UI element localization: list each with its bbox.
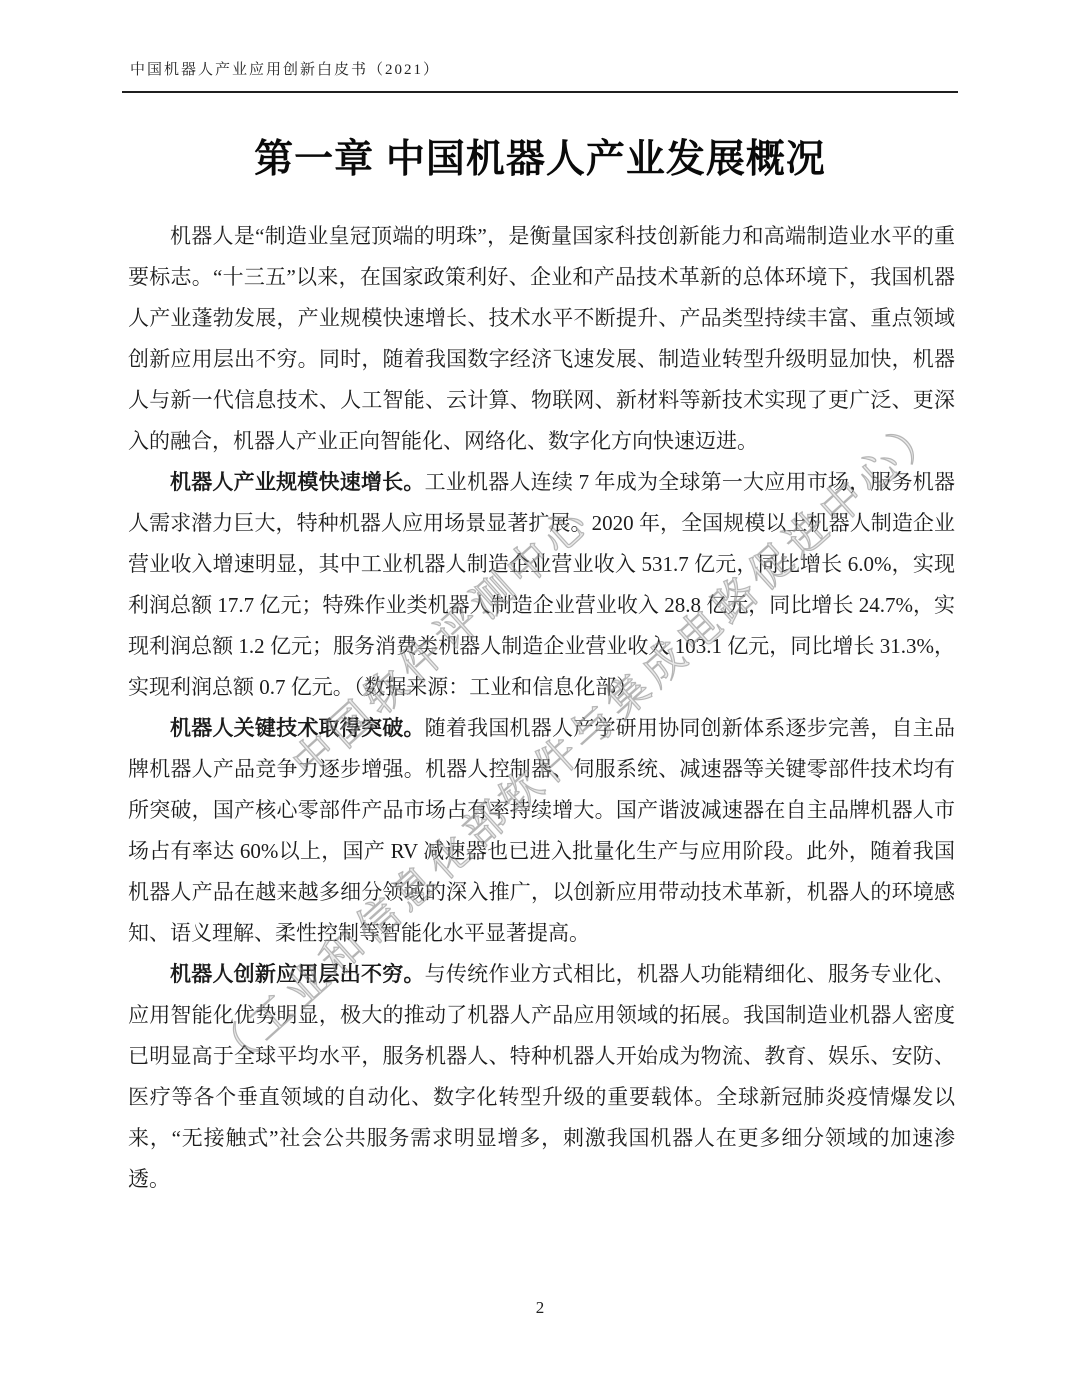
chapter-title: 第一章 中国机器人产业发展概况: [0, 128, 1080, 184]
paragraph-4-lead: 机器人创新应用层出不穷。: [170, 962, 425, 986]
paragraph-2-text: 工业机器人连续 7 年成为全球第一大应用市场，服务机器人需求潜力巨大，特种机器人…: [128, 470, 955, 699]
document-page: 中国软件评测中心 （工业和信息化部软件与集成电路促进中心） 中国机器人产业应用创…: [0, 0, 1080, 1397]
running-header: 中国机器人产业应用创新白皮书（2021）: [122, 58, 958, 93]
paragraph-1: 机器人是“制造业皇冠顶端的明珠”，是衡量国家科技创新能力和高端制造业水平的重要标…: [128, 216, 955, 462]
paragraph-2-lead: 机器人产业规模快速增长。: [170, 470, 425, 494]
page-number: 2: [0, 1298, 1080, 1318]
paragraph-2: 机器人产业规模快速增长。工业机器人连续 7 年成为全球第一大应用市场，服务机器人…: [128, 462, 955, 708]
paragraph-4: 机器人创新应用层出不穷。与传统作业方式相比，机器人功能精细化、服务专业化、应用智…: [128, 954, 955, 1200]
paragraph-3: 机器人关键技术取得突破。随着我国机器人产学研用协同创新体系逐步完善，自主品牌机器…: [128, 708, 955, 954]
paragraph-1-text: 机器人是“制造业皇冠顶端的明珠”，是衡量国家科技创新能力和高端制造业水平的重要标…: [128, 224, 955, 453]
paragraph-3-text: 随着我国机器人产学研用协同创新体系逐步完善，自主品牌机器人产品竞争力逐步增强。机…: [128, 716, 955, 945]
paragraph-3-lead: 机器人关键技术取得突破。: [170, 716, 425, 740]
running-header-title: 中国机器人产业应用创新白皮书（2021）: [122, 62, 440, 78]
paragraph-4-text: 与传统作业方式相比，机器人功能精细化、服务专业化、应用智能化优势明显，极大的推动…: [128, 962, 955, 1191]
body-text: 机器人是“制造业皇冠顶端的明珠”，是衡量国家科技创新能力和高端制造业水平的重要标…: [128, 216, 955, 1200]
